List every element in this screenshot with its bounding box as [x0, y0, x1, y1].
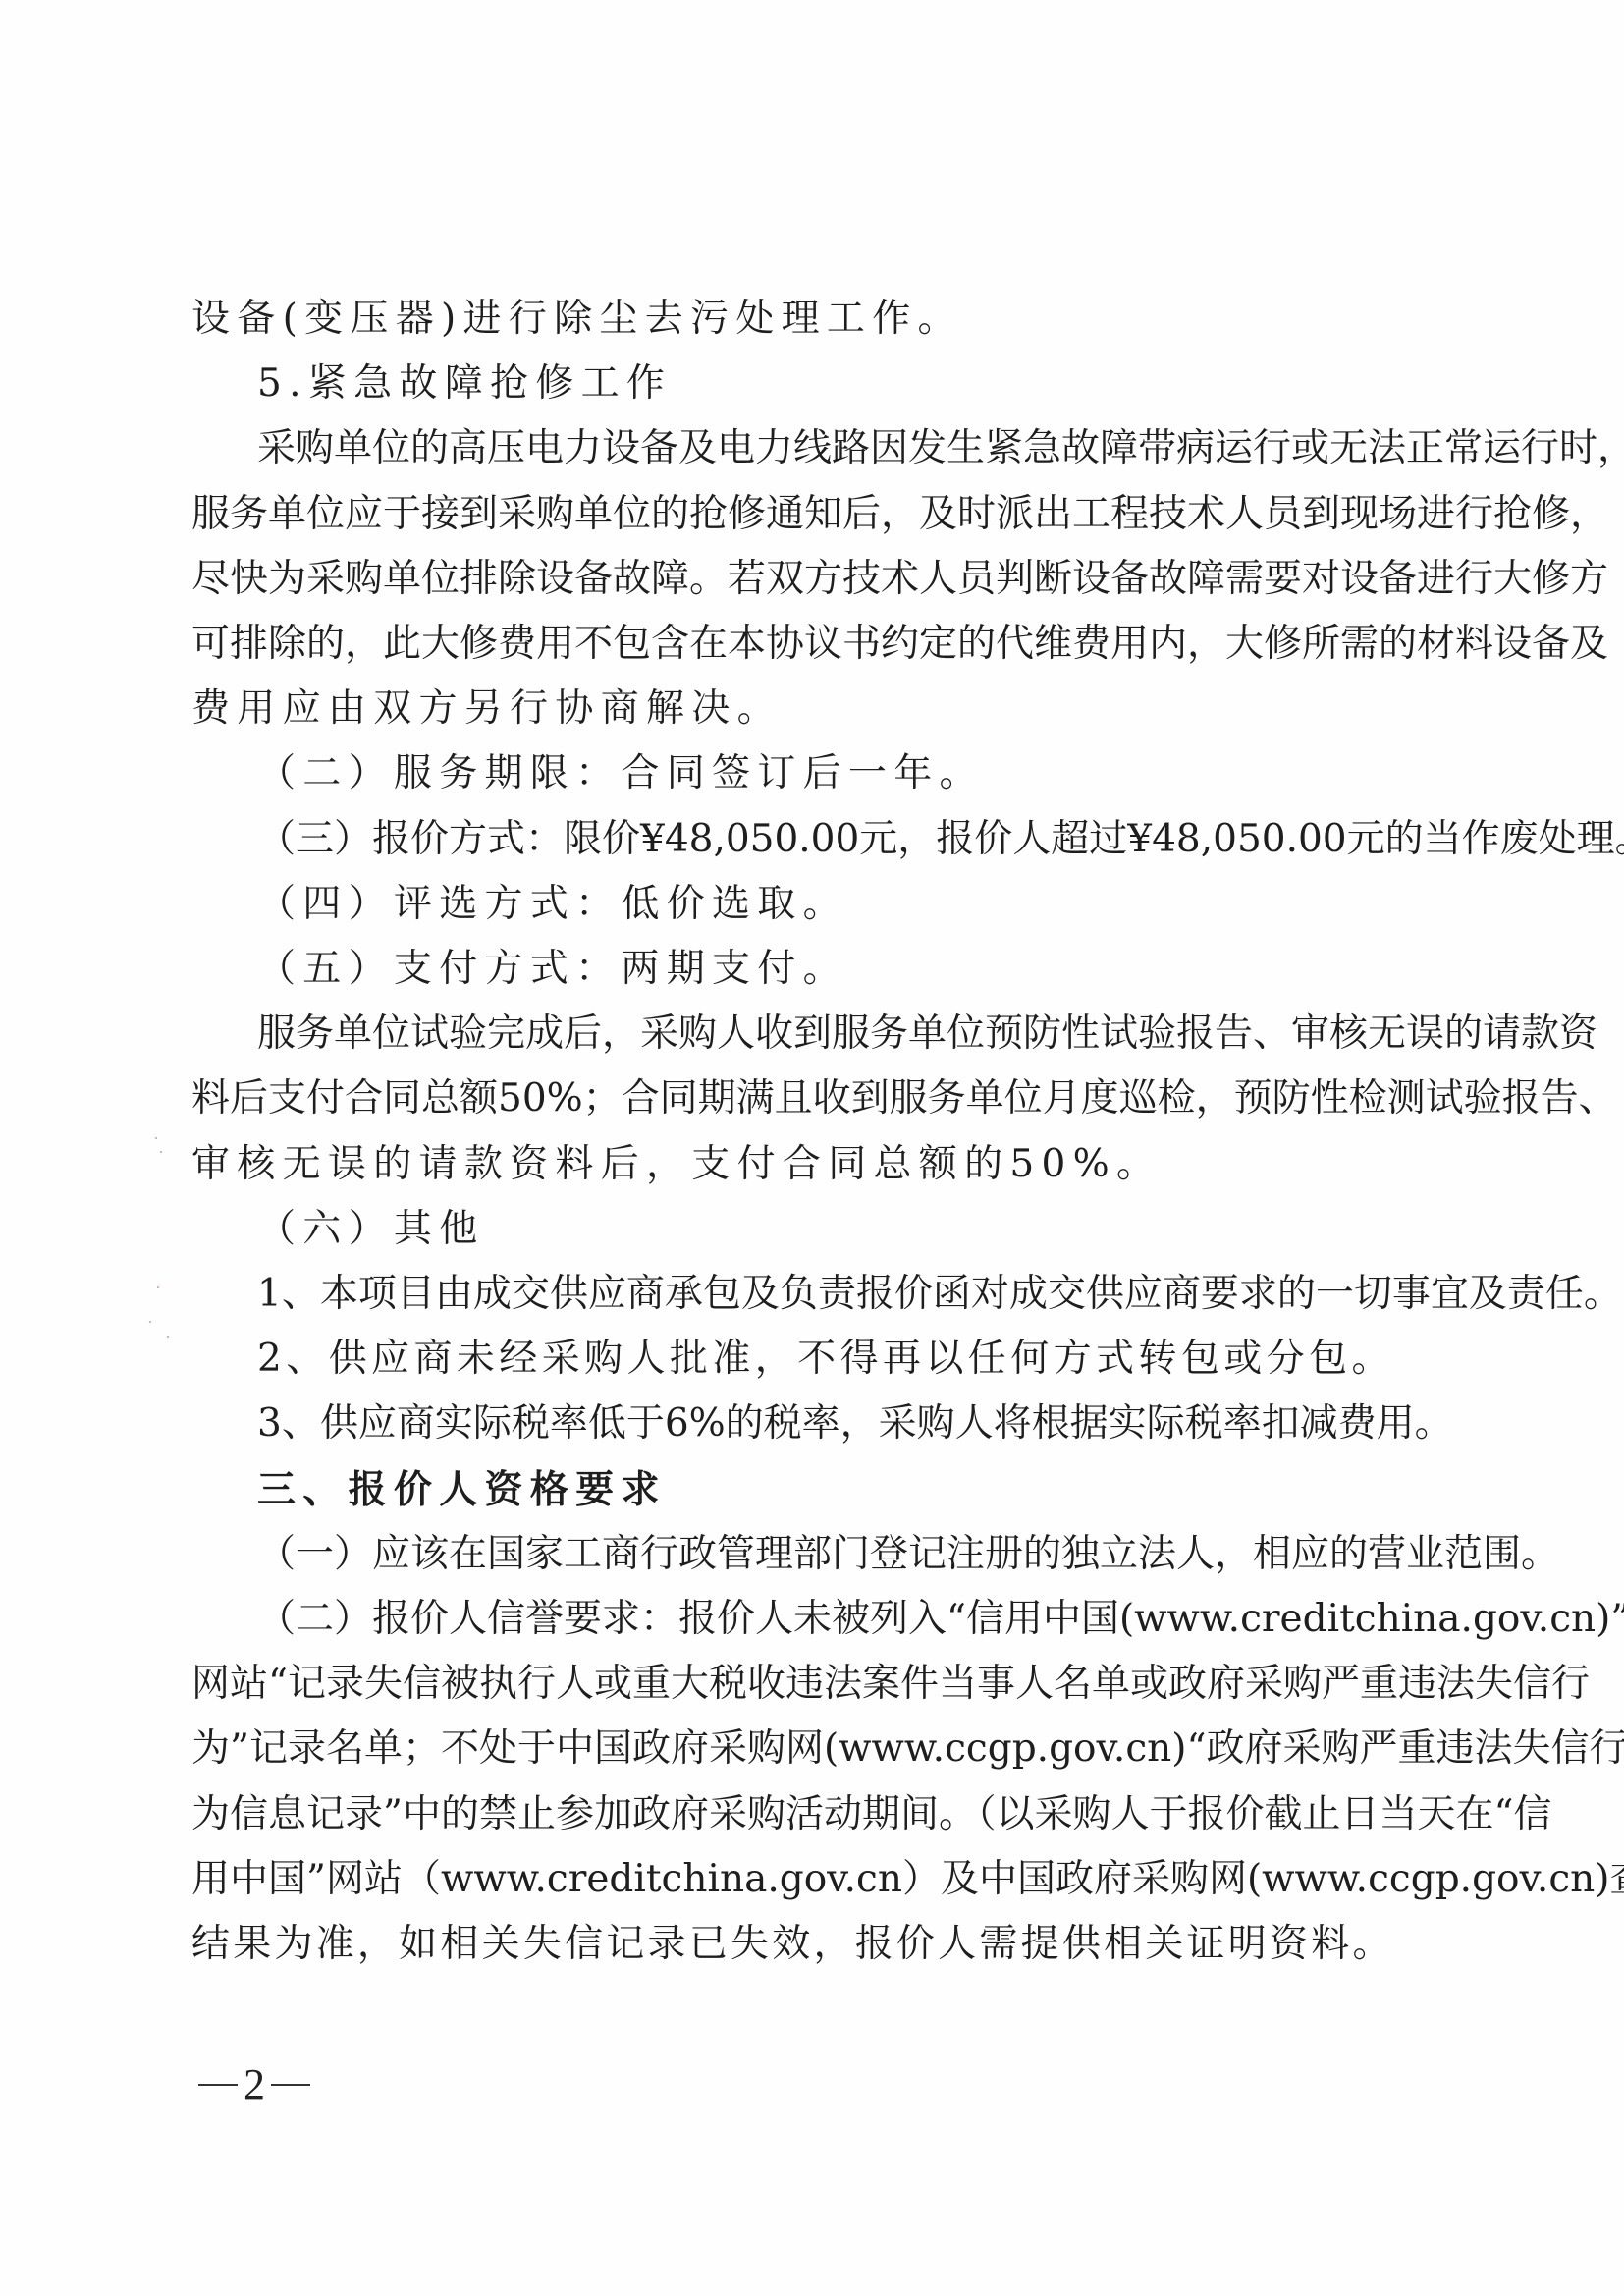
- text-line: 5.紧急故障抢修工作: [257, 352, 1394, 416]
- scan-speck: [160, 1151, 162, 1153]
- text-line: 设备(变压器)进行除尘去污处理工作。: [191, 287, 1394, 352]
- text-line: （二）服务期限：合同签订后一年。: [257, 741, 1394, 806]
- text-line: 可排除的，此大修费用不包含在本协议书约定的代维费用内，大修所需的材料设备及: [191, 612, 1394, 677]
- text-line: 尽快为采购单位排除设备故障。若双方技术人员判断设备故障需要对设备进行大修方: [191, 547, 1394, 612]
- text-line: 结果为准，如相关失信记录已失效，报价人需提供相关证明资料。: [191, 1912, 1394, 1977]
- page-number: 2: [192, 2060, 316, 2109]
- text-line: 费用应由双方另行协商解决。: [191, 677, 1394, 741]
- text-line: （三）报价方式：限价¥48,050.00元，报价人超过¥48,050.00元的当…: [257, 807, 1394, 872]
- text-line: （六）其他: [257, 1197, 1394, 1262]
- section-heading: 三、报价人资格要求: [257, 1457, 1394, 1522]
- scan-speck: [167, 1336, 169, 1338]
- text-line: 服务单位试验完成后，采购人收到服务单位预防性试验报告、审核无误的请款资: [257, 1002, 1394, 1066]
- text-line: （二）报价人信誉要求：报价人未被列入“信用中国(www.creditchina.…: [257, 1587, 1394, 1652]
- scan-speck: [157, 1286, 159, 1288]
- document-page: 设备(变压器)进行除尘去污处理工作。5.紧急故障抢修工作采购单位的高压电力设备及…: [0, 0, 1624, 2296]
- text-line: 3、供应商实际税率低于6%的税率，采购人将根据实际税率扣减费用。: [257, 1392, 1394, 1456]
- text-line: 为”记录名单；不处于中国政府采购网(www.ccgp.gov.cn)“政府采购严…: [191, 1717, 1394, 1781]
- page-number-dash-right: [271, 2084, 310, 2086]
- text-line: （四）评选方式：低价选取。: [257, 872, 1394, 937]
- text-line: 2、供应商未经采购人批准，不得再以任何方式转包或分包。: [257, 1327, 1394, 1392]
- text-line: 料后支付合同总额50%；合同期满且收到服务单位月度巡检，预防性检测试验报告、: [191, 1066, 1394, 1131]
- text-line: 采购单位的高压电力设备及电力线路因发生紧急故障带病运行或无法正常运行时，: [257, 416, 1394, 481]
- text-line: （五）支付方式：两期支付。: [257, 937, 1394, 1002]
- text-line: 服务单位应于接到采购单位的抢修通知后，及时派出工程技术人员到现场进行抢修，: [191, 482, 1394, 547]
- text-line: 1、本项目由成交供应商承包及负责报价函对成交供应商要求的一切事宜及责任。: [257, 1262, 1394, 1327]
- page-number-value: 2: [244, 2060, 265, 2109]
- text-line: 网站“记录失信被执行人或重大税收违法案件当事人名单或政府采购严重违法失信行: [191, 1652, 1394, 1717]
- text-line: 审核无误的请款资料后，支付合同总额的50%。: [191, 1132, 1394, 1197]
- text-line: （一）应该在国家工商行政管理部门登记注册的独立法人，相应的营业范围。: [257, 1522, 1394, 1587]
- text-line: 用中国”网站（www.creditchina.gov.cn）及中国政府采购网(w…: [191, 1847, 1394, 1912]
- text-line: 为信息记录”中的禁止参加政府采购活动期间。（以采购人于报价截止日当天在“信: [191, 1782, 1394, 1847]
- scan-speck: [149, 1321, 151, 1323]
- page-number-dash-left: [198, 2084, 238, 2086]
- scan-speck: [155, 1137, 157, 1139]
